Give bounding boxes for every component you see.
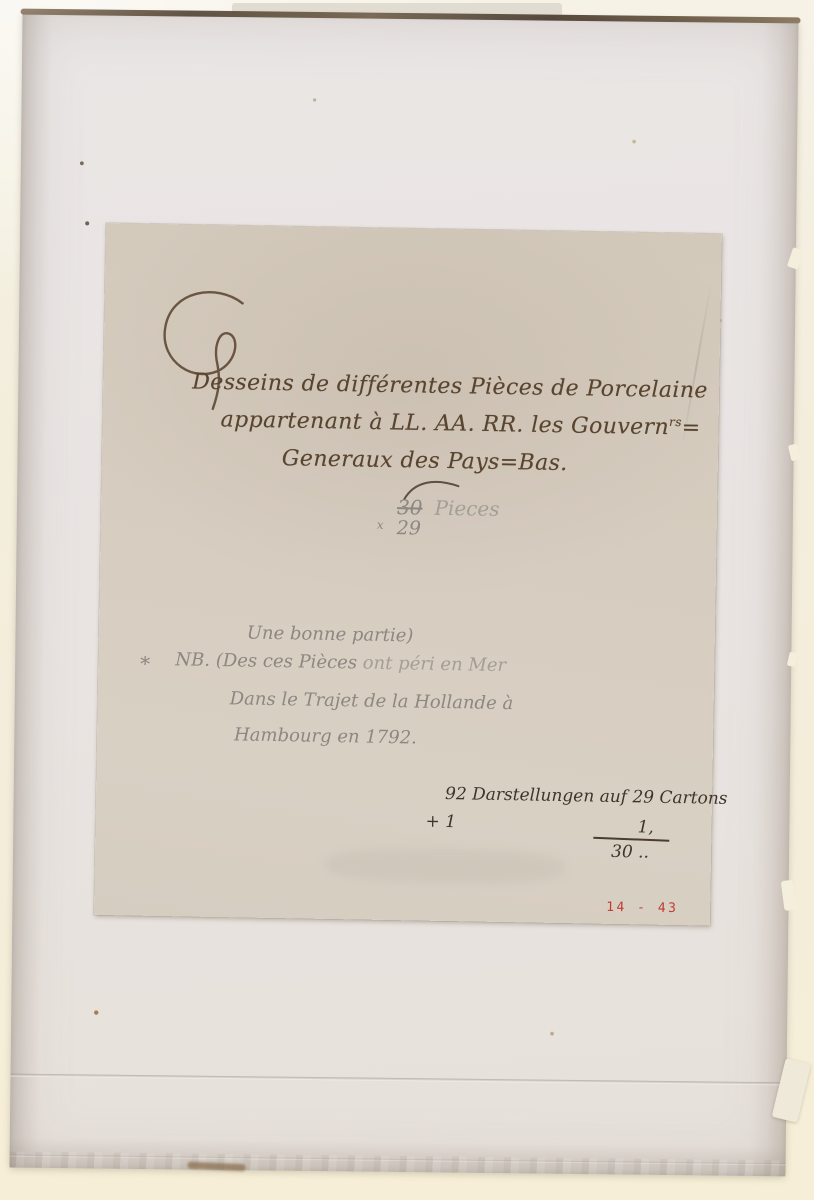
title-line-1: Desseins de différentes Pièces de Porcel… bbox=[192, 370, 708, 404]
pasted-title-label: Desseins de différentes Pièces de Porcel… bbox=[94, 223, 722, 926]
count-word: Pieces bbox=[434, 496, 499, 521]
pencil-note-line-2: NB. (Des ces Pièces ont péri en Mer bbox=[175, 649, 506, 676]
erased-pencil-smudge bbox=[325, 847, 566, 885]
red-accession-number: 14 - 43 bbox=[606, 900, 679, 916]
pencil-note-line-2-main: NB. (Des ces Pièces bbox=[175, 649, 363, 673]
count-crossed-number: 30 bbox=[397, 495, 423, 519]
title-line-2: appartenant à LL. AA. RR. les Gouvernrs= bbox=[220, 407, 700, 441]
count-mark: x bbox=[377, 518, 384, 532]
foxing-specks bbox=[23, 12, 25, 14]
scan-backdrop: Desseins de différentes Pièces de Porcel… bbox=[0, 0, 814, 1200]
title-line-2-superscript: rs bbox=[669, 415, 682, 429]
sheet-left-edge-shading bbox=[9, 12, 52, 1168]
tally-sum-rule bbox=[593, 837, 669, 842]
title-line-2-main: appartenant à LL. AA. RR. les Gouvern bbox=[220, 407, 669, 440]
pencil-note-line-4: Hambourg en 1792. bbox=[234, 724, 417, 748]
tally-line: 92 Darstellungen auf 29 Cartons bbox=[445, 784, 728, 809]
title-line-3: Generaux des Pays=Bas. bbox=[282, 446, 568, 476]
pencil-note-line-3: Dans le Trajet de la Hollande à bbox=[230, 688, 514, 714]
right-edge-tear bbox=[781, 880, 797, 911]
tally-carry: + 1 bbox=[425, 812, 456, 833]
count-new-number: 29 bbox=[397, 517, 422, 539]
tally-sum: 30 .. bbox=[611, 842, 649, 863]
asterisk-mark: ∗ bbox=[138, 648, 152, 672]
pencil-note-line-1: Une bonne partie) bbox=[247, 623, 414, 647]
bottom-edge-stain bbox=[187, 1162, 245, 1172]
horizontal-fold-crease bbox=[11, 1074, 787, 1086]
pencil-note-line-2-faint: ont péri en Mer bbox=[363, 653, 507, 676]
right-edge-tear bbox=[787, 652, 798, 667]
sheet-right-edge-shading bbox=[749, 20, 798, 1176]
tally-addend: 1, bbox=[637, 817, 654, 837]
title-line-2-hyphen: = bbox=[682, 415, 701, 440]
